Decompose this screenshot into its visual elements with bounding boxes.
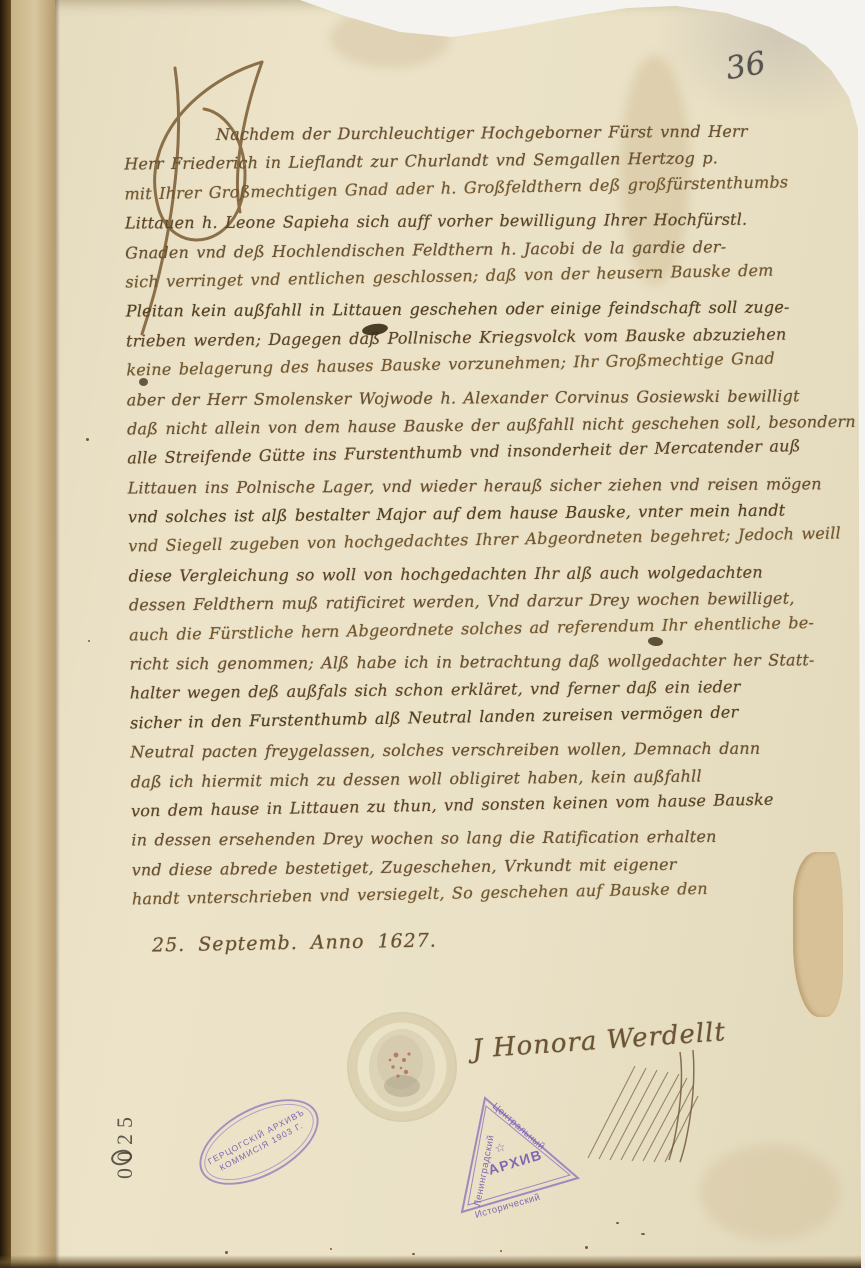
manuscript-line: richt sich genommen; Alß habe ich in bet… [129, 650, 797, 683]
binding-edge [0, 0, 11, 1268]
manuscript-line: in dessen ersehenden Drey wochen so lang… [131, 827, 799, 860]
manuscript-line: aber der Herr Smolensker Wojwode h. Alex… [127, 386, 795, 419]
ink-speck [225, 1251, 228, 1254]
manuscript-line: diese Vergleichung so woll von hochgedac… [129, 562, 797, 595]
folio-number: 36 [723, 45, 768, 87]
crease-line [55, 0, 60, 1268]
ink-speck [86, 438, 89, 441]
manuscript-body: Nachdem der Durchleuchtiger Hochgeborner… [124, 119, 800, 919]
oval-archive-stamp: ГЕРЦОГСКІЙ АРХИВЪ КОММИСІЯ 1903 Г. [186, 1081, 333, 1202]
ink-blot [139, 378, 148, 386]
ink-speck [616, 1222, 619, 1224]
bottom-edge-shadow [0, 1255, 865, 1268]
manuscript-line: Littauen ins Polnische Lager, vnd wieder… [128, 474, 796, 507]
ink-speck [500, 1250, 502, 1252]
ink-speck [88, 640, 90, 642]
triangle-archive-stamp: ☆ АРХИВ Ленинградский Центральный Истори… [440, 1085, 605, 1230]
date-line: 25. Septemb. Anno 1627. [152, 930, 437, 957]
manuscript-line: Littauen h. Leone Sapieha sich auff vorh… [125, 210, 793, 243]
scanned-manuscript-page: Nachdem der Durchleuchtiger Hochgeborner… [0, 0, 865, 1268]
ink-speck [330, 1248, 332, 1250]
manuscript-line: Nachdem der Durchleuchtiger Hochgeborner… [124, 121, 792, 154]
inventory-number-stamp: 0025 [112, 1090, 138, 1200]
paper-stain [330, 8, 450, 68]
torn-edge-chip [793, 852, 843, 1017]
ink-speck [641, 1233, 645, 1235]
paper-stain [700, 1145, 840, 1240]
ink-speck [585, 1246, 588, 1249]
manuscript-line: Neutral pacten freygelassen, solches ver… [130, 739, 798, 772]
fold-strip [11, 0, 55, 1268]
manuscript-line: Pleitan kein außfahll in Littauen gesche… [126, 298, 794, 331]
paper-sheet: Nachdem der Durchleuchtiger Hochgeborner… [0, 0, 865, 1268]
